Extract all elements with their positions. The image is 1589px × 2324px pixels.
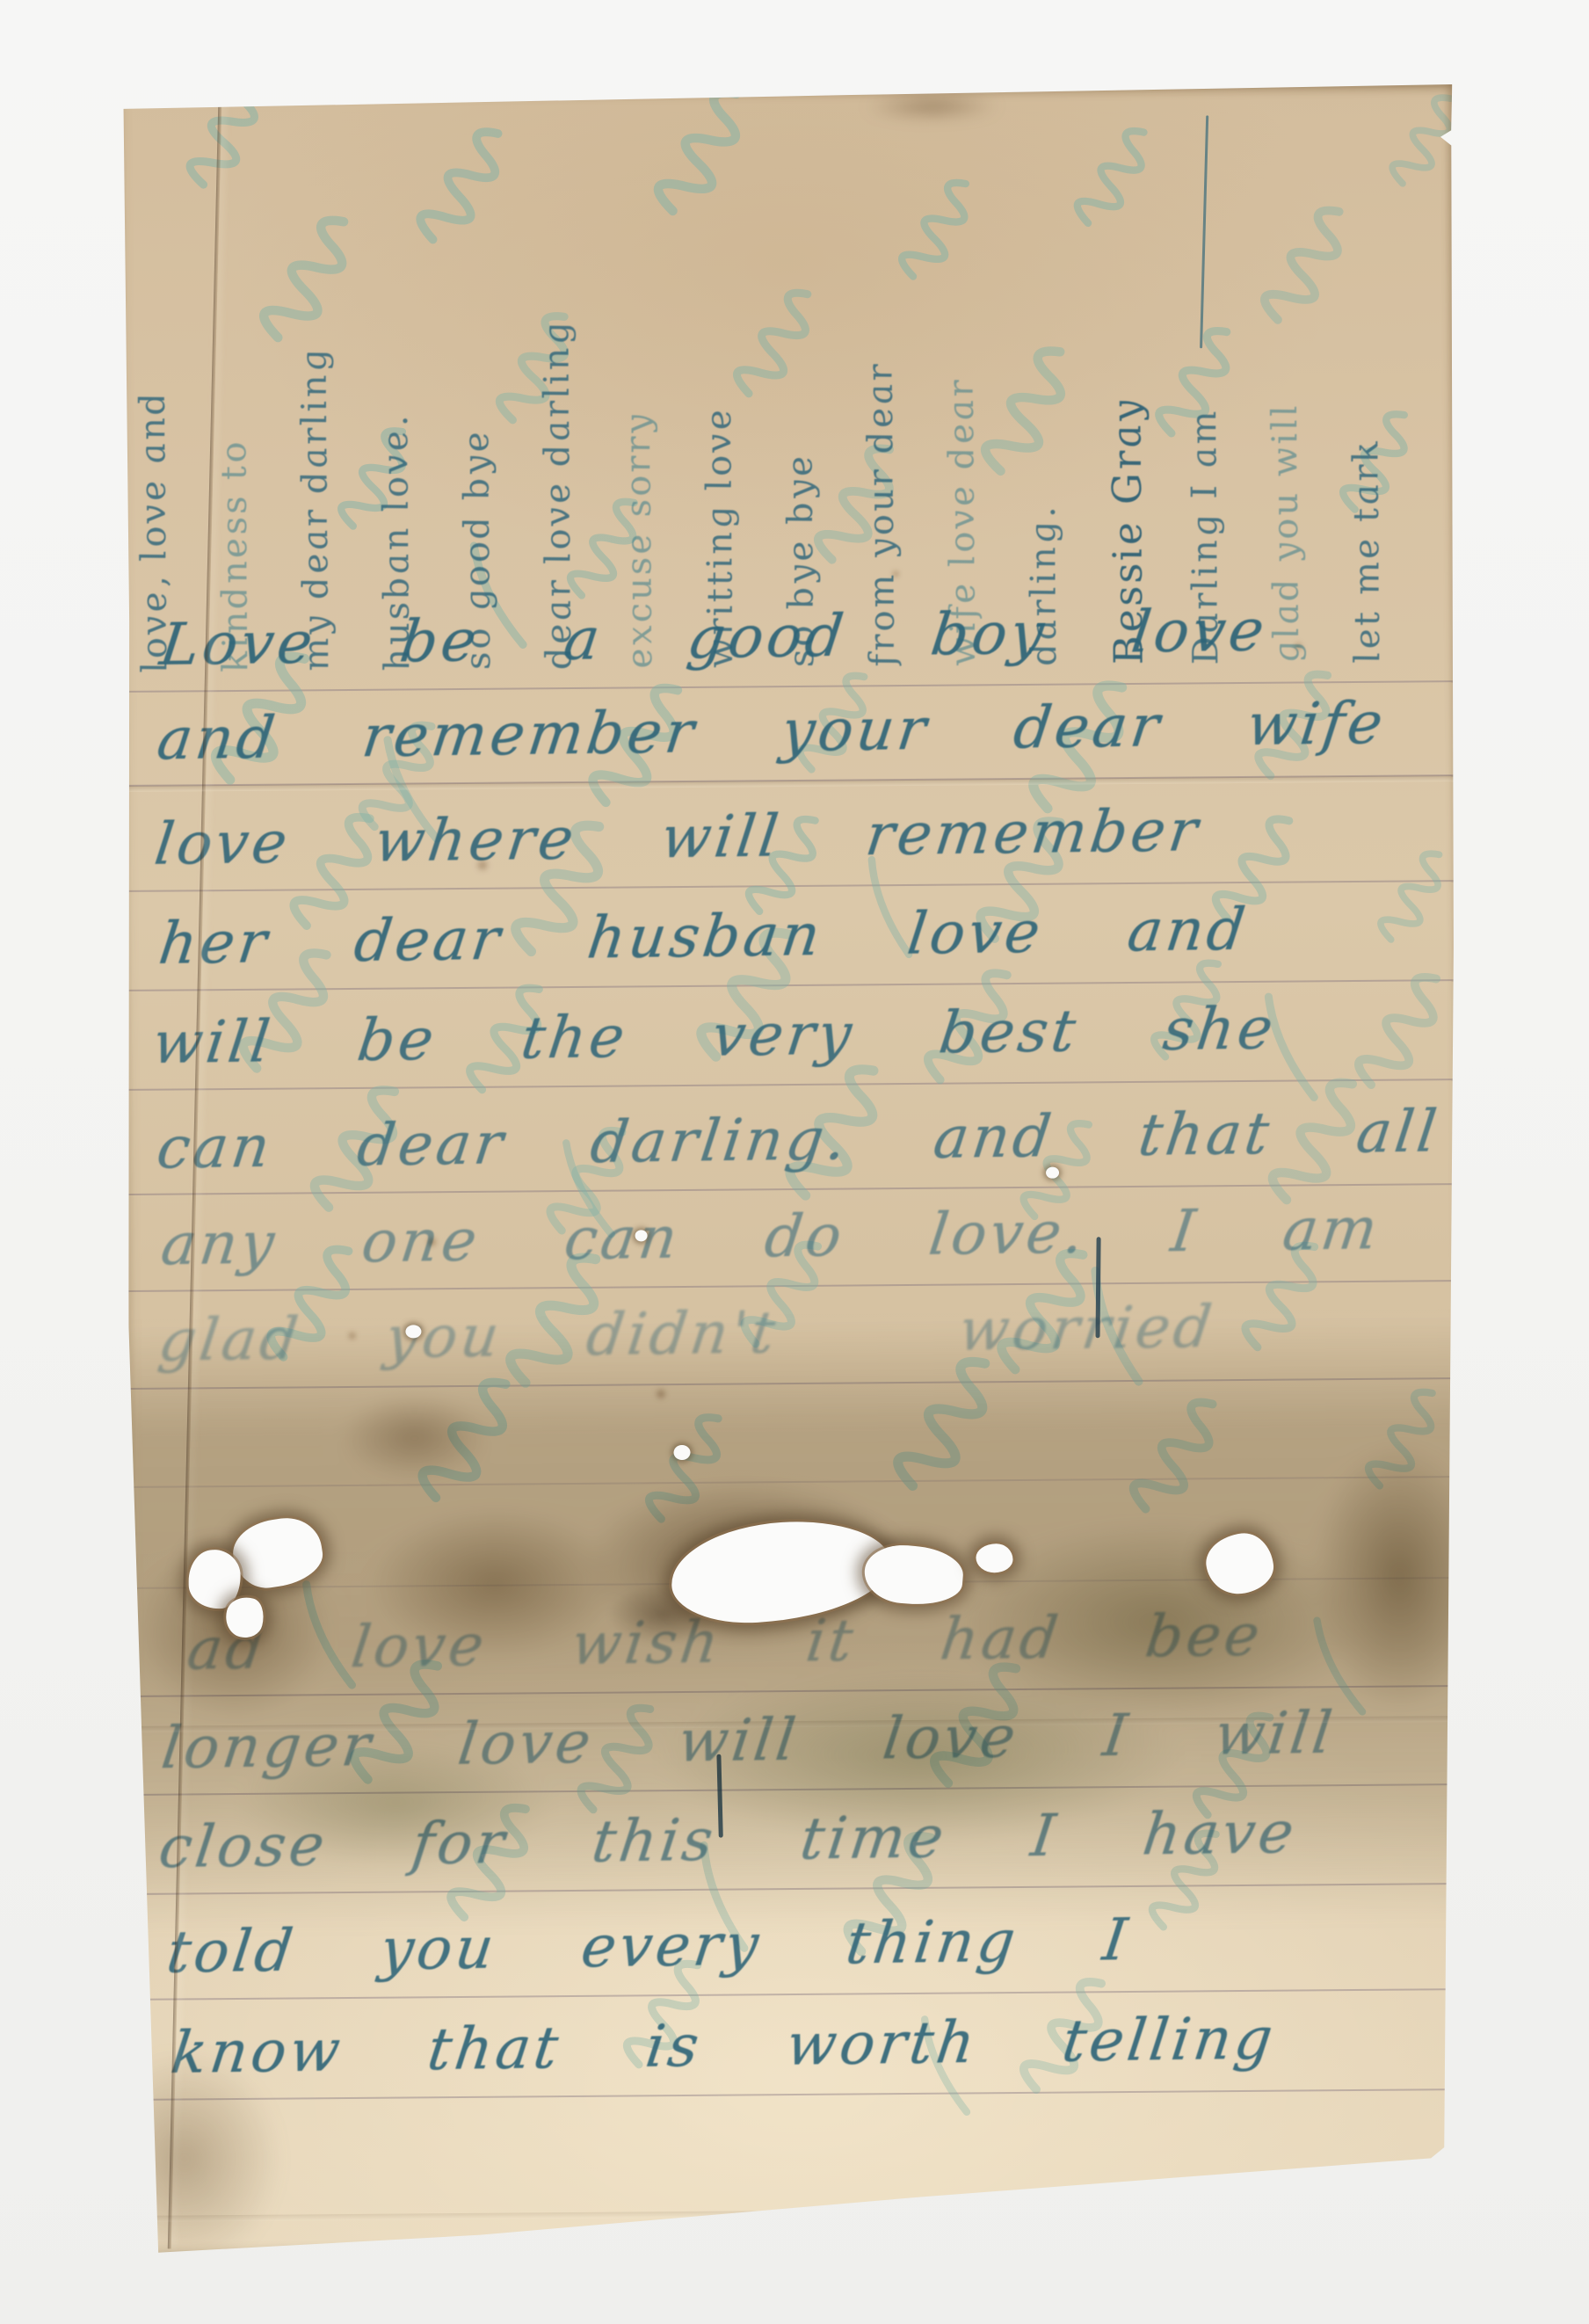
cross-writing-column: wife love dear [940,93,1021,670]
handwriting-line: love where will remember [151,802,1203,874]
cross-writing-column: dear love darling [535,97,617,673]
ruled-line [128,1883,1469,1895]
paper-hole [229,1514,326,1593]
ruled-line [126,1476,1466,1488]
cross-writing-column: excuse sorry [616,96,698,672]
handwriting-fragment: glad you didn't [155,1298,782,1374]
handwriting-line: longer love will love I will [158,1704,1338,1778]
handwriting-line: glad you didn't worried [156,1304,781,1369]
scanner-background: love, love and kindness to my dear darli… [0,0,1589,2324]
handwriting-line: will be the very best she [149,999,1280,1072]
ruled-line [120,880,1461,892]
cross-writing-column: kindness to [212,99,294,676]
ruled-line [122,1078,1462,1091]
horizontal-fold-crease [120,775,1461,792]
handwriting-line: know that is worth telling [168,2009,1279,2082]
ruled-line [129,1988,1469,2001]
cross-writing-column: let me tark [1343,91,1425,667]
cross-writing-column: from your dear [859,94,940,671]
signature: Bessie Gray [1101,92,1183,669]
ruled-line [124,1280,1464,1292]
handwriting-line: Love be a good boy love [157,601,1271,674]
paper-hole [188,1550,241,1609]
handwriting-fragment: worried [956,1298,1218,1360]
letter-page: love, love and kindness to my dear darli… [114,83,1471,2257]
horizontal-fold-crease [131,2205,1471,2222]
ruled-line [127,1685,1468,1697]
ruled-line [130,2088,1470,2101]
cross-writing-block: love, love and kindness to my dear darli… [114,83,1455,93]
handwriting-line: any one can do love. I am [158,1200,1384,1274]
ruled-line [128,1783,1469,1796]
paper-hole [405,1325,421,1338]
paper-hole [862,1543,965,1609]
handwriting-line: her dear husban love and [156,901,1252,973]
cross-writing-column: darling. [1020,92,1102,669]
handwriting-line: and remember your dear wife [154,694,1389,768]
cross-writing-column: my dear darling [293,98,374,675]
cross-writing-column: husban love. [374,98,455,674]
cross-writing-column: Darling I am [1182,91,1264,668]
handwriting-line: close for this time I have [156,1804,1300,1877]
paper-hole [976,1543,1012,1572]
handwriting-line: told you every thing I [163,1911,1133,1981]
cross-writing-column: love, love and [131,99,213,676]
ruled-line [123,1183,1463,1195]
paper-hole [673,1445,690,1460]
ruled-line [125,1377,1465,1390]
ruled-line [121,979,1462,991]
handwriting-line: can dear darling. and that all [154,1102,1443,1177]
paper-hole [1203,1530,1276,1597]
paper-hole [1046,1167,1059,1179]
paper-hole [635,1230,648,1241]
cross-writing-column: so bye bye [778,95,860,672]
cross-writing-column: so good bye [454,98,536,674]
cross-writing-column: glad you will [1263,91,1345,667]
cross-writing-column: writting love [697,95,779,672]
